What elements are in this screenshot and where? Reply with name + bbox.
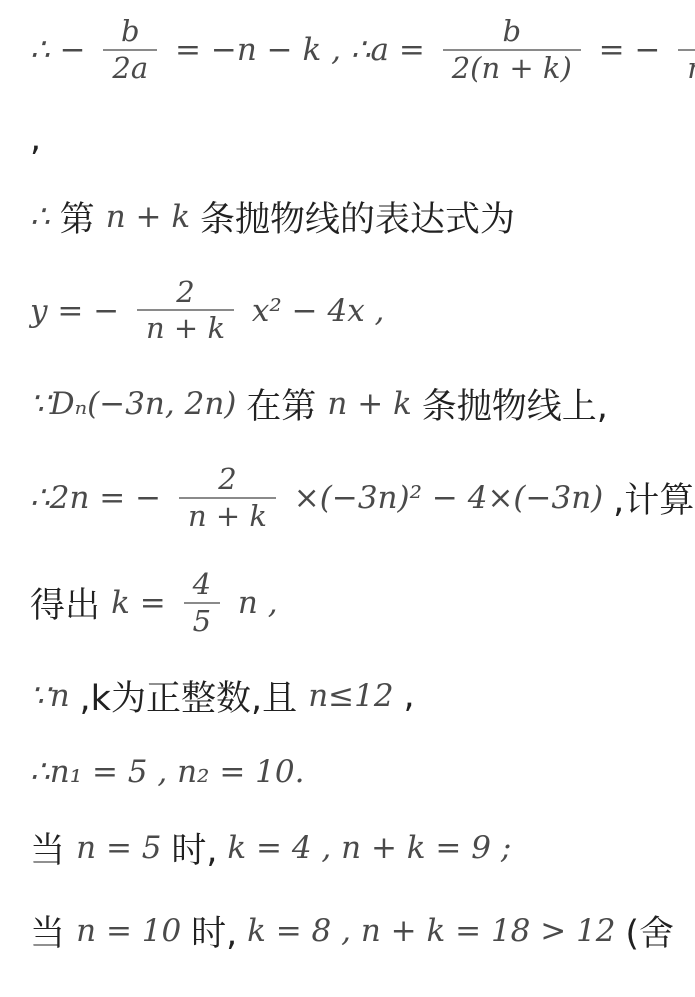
math-run: = − bbox=[589, 32, 671, 68]
text-run: 时, bbox=[171, 831, 217, 871]
math-document: ∴ − b2a = −n − k , ∴a = b2(n + k) = − 2n… bbox=[0, 0, 695, 956]
fraction-numerator: b bbox=[112, 14, 149, 49]
math-run: n = 5 bbox=[76, 830, 171, 866]
fraction-denominator: 2(n + k) bbox=[443, 49, 581, 86]
math-run: ∴ bbox=[30, 199, 60, 235]
math-line-point-on-parabola: ∵Dₙ(−3n, 2n) 在第 n + k 条抛物线上, bbox=[30, 379, 689, 429]
math-run: k = 8 , n + k = 18 > 12 bbox=[237, 913, 625, 949]
fraction-numerator: 2 bbox=[209, 462, 245, 497]
math-run: ∵n bbox=[30, 678, 80, 714]
fraction-denominator: n + k bbox=[179, 497, 276, 534]
text-run: , bbox=[403, 676, 414, 716]
math-line-parabola-equation: y = − 2n + k x² − 4x , bbox=[30, 275, 689, 347]
math-line-parabola-expression-intro: ∴ 第 n + k 条抛物线的表达式为 bbox=[30, 192, 689, 242]
math-line-vertex-equation: ∴ − b2a = −n − k , ∴a = b2(n + k) = − 2n… bbox=[30, 14, 689, 86]
fraction: 2n + k bbox=[179, 462, 276, 534]
fraction: b2(n + k) bbox=[443, 14, 581, 86]
math-run: n + k bbox=[106, 199, 200, 235]
math-run: ∵Dₙ(−3n, 2n) bbox=[30, 386, 246, 422]
text-run: 当 bbox=[30, 831, 76, 871]
text-run: 第 bbox=[60, 200, 106, 240]
math-line-substitution-equation: ∴2n = − 2n + k ×(−3n)² − 4×(−3n) ,计算 bbox=[30, 462, 689, 534]
math-run: ×(−3n)² − 4×(−3n) bbox=[284, 480, 613, 516]
math-run: k = 4 , n + k = 9 ; bbox=[218, 830, 512, 866]
math-line-wrapped-comma: , bbox=[30, 119, 689, 159]
fraction: 2n + k bbox=[137, 275, 234, 347]
fraction-denominator: n + k bbox=[678, 49, 695, 86]
text-run: 当 bbox=[30, 914, 76, 954]
math-run: = −n − k , ∴a = bbox=[165, 32, 435, 68]
math-run: ∴2n = − bbox=[30, 480, 171, 516]
math-line-case-n-equals-5: 当 n = 5 时, k = 4 , n + k = 9 ; bbox=[30, 823, 689, 873]
math-run: n = 10 bbox=[76, 913, 191, 949]
math-run: k = bbox=[111, 585, 175, 621]
fraction: b2a bbox=[103, 14, 157, 86]
fraction-numerator: 2 bbox=[167, 275, 203, 310]
math-line-n-solutions: ∴n₁ = 5 , n₂ = 10. bbox=[30, 754, 689, 790]
text-run: ,计算 bbox=[613, 481, 694, 521]
math-run: n≤12 bbox=[308, 678, 403, 714]
math-line-case-n-equals-10: 当 n = 10 时, k = 8 , n + k = 18 > 12 (舍 bbox=[30, 906, 689, 956]
text-run: (舍 bbox=[625, 914, 674, 954]
fraction-denominator: 5 bbox=[184, 602, 220, 639]
math-run: x² − 4x , bbox=[242, 292, 384, 328]
text-run: 在第 bbox=[246, 387, 327, 427]
math-line-constraints: ∵n ,k为正整数,且 n≤12 , bbox=[30, 671, 689, 721]
text-run: , bbox=[30, 119, 41, 159]
fraction: 2n + k bbox=[678, 14, 695, 86]
math-run: ∴n₁ = 5 , n₂ = 10. bbox=[30, 754, 304, 790]
math-run: y = − bbox=[30, 292, 129, 328]
text-run: 时, bbox=[191, 914, 237, 954]
text-run: ,k为正整数,且 bbox=[80, 679, 309, 719]
fraction-denominator: 2a bbox=[103, 49, 157, 86]
text-run: 得出 bbox=[30, 586, 111, 626]
text-run: 条抛物线上, bbox=[422, 387, 608, 427]
math-line-k-result: 得出 k = 45 n , bbox=[30, 567, 689, 639]
fraction-numerator: b bbox=[493, 14, 530, 49]
text-run: 条抛物线的表达式为 bbox=[200, 200, 515, 240]
math-run: n + k bbox=[327, 386, 421, 422]
math-run: n , bbox=[228, 585, 278, 621]
fraction-denominator: n + k bbox=[137, 309, 234, 346]
math-run: ∴ − bbox=[30, 32, 95, 68]
fraction: 45 bbox=[184, 567, 220, 639]
fraction-numerator: 4 bbox=[184, 567, 220, 602]
